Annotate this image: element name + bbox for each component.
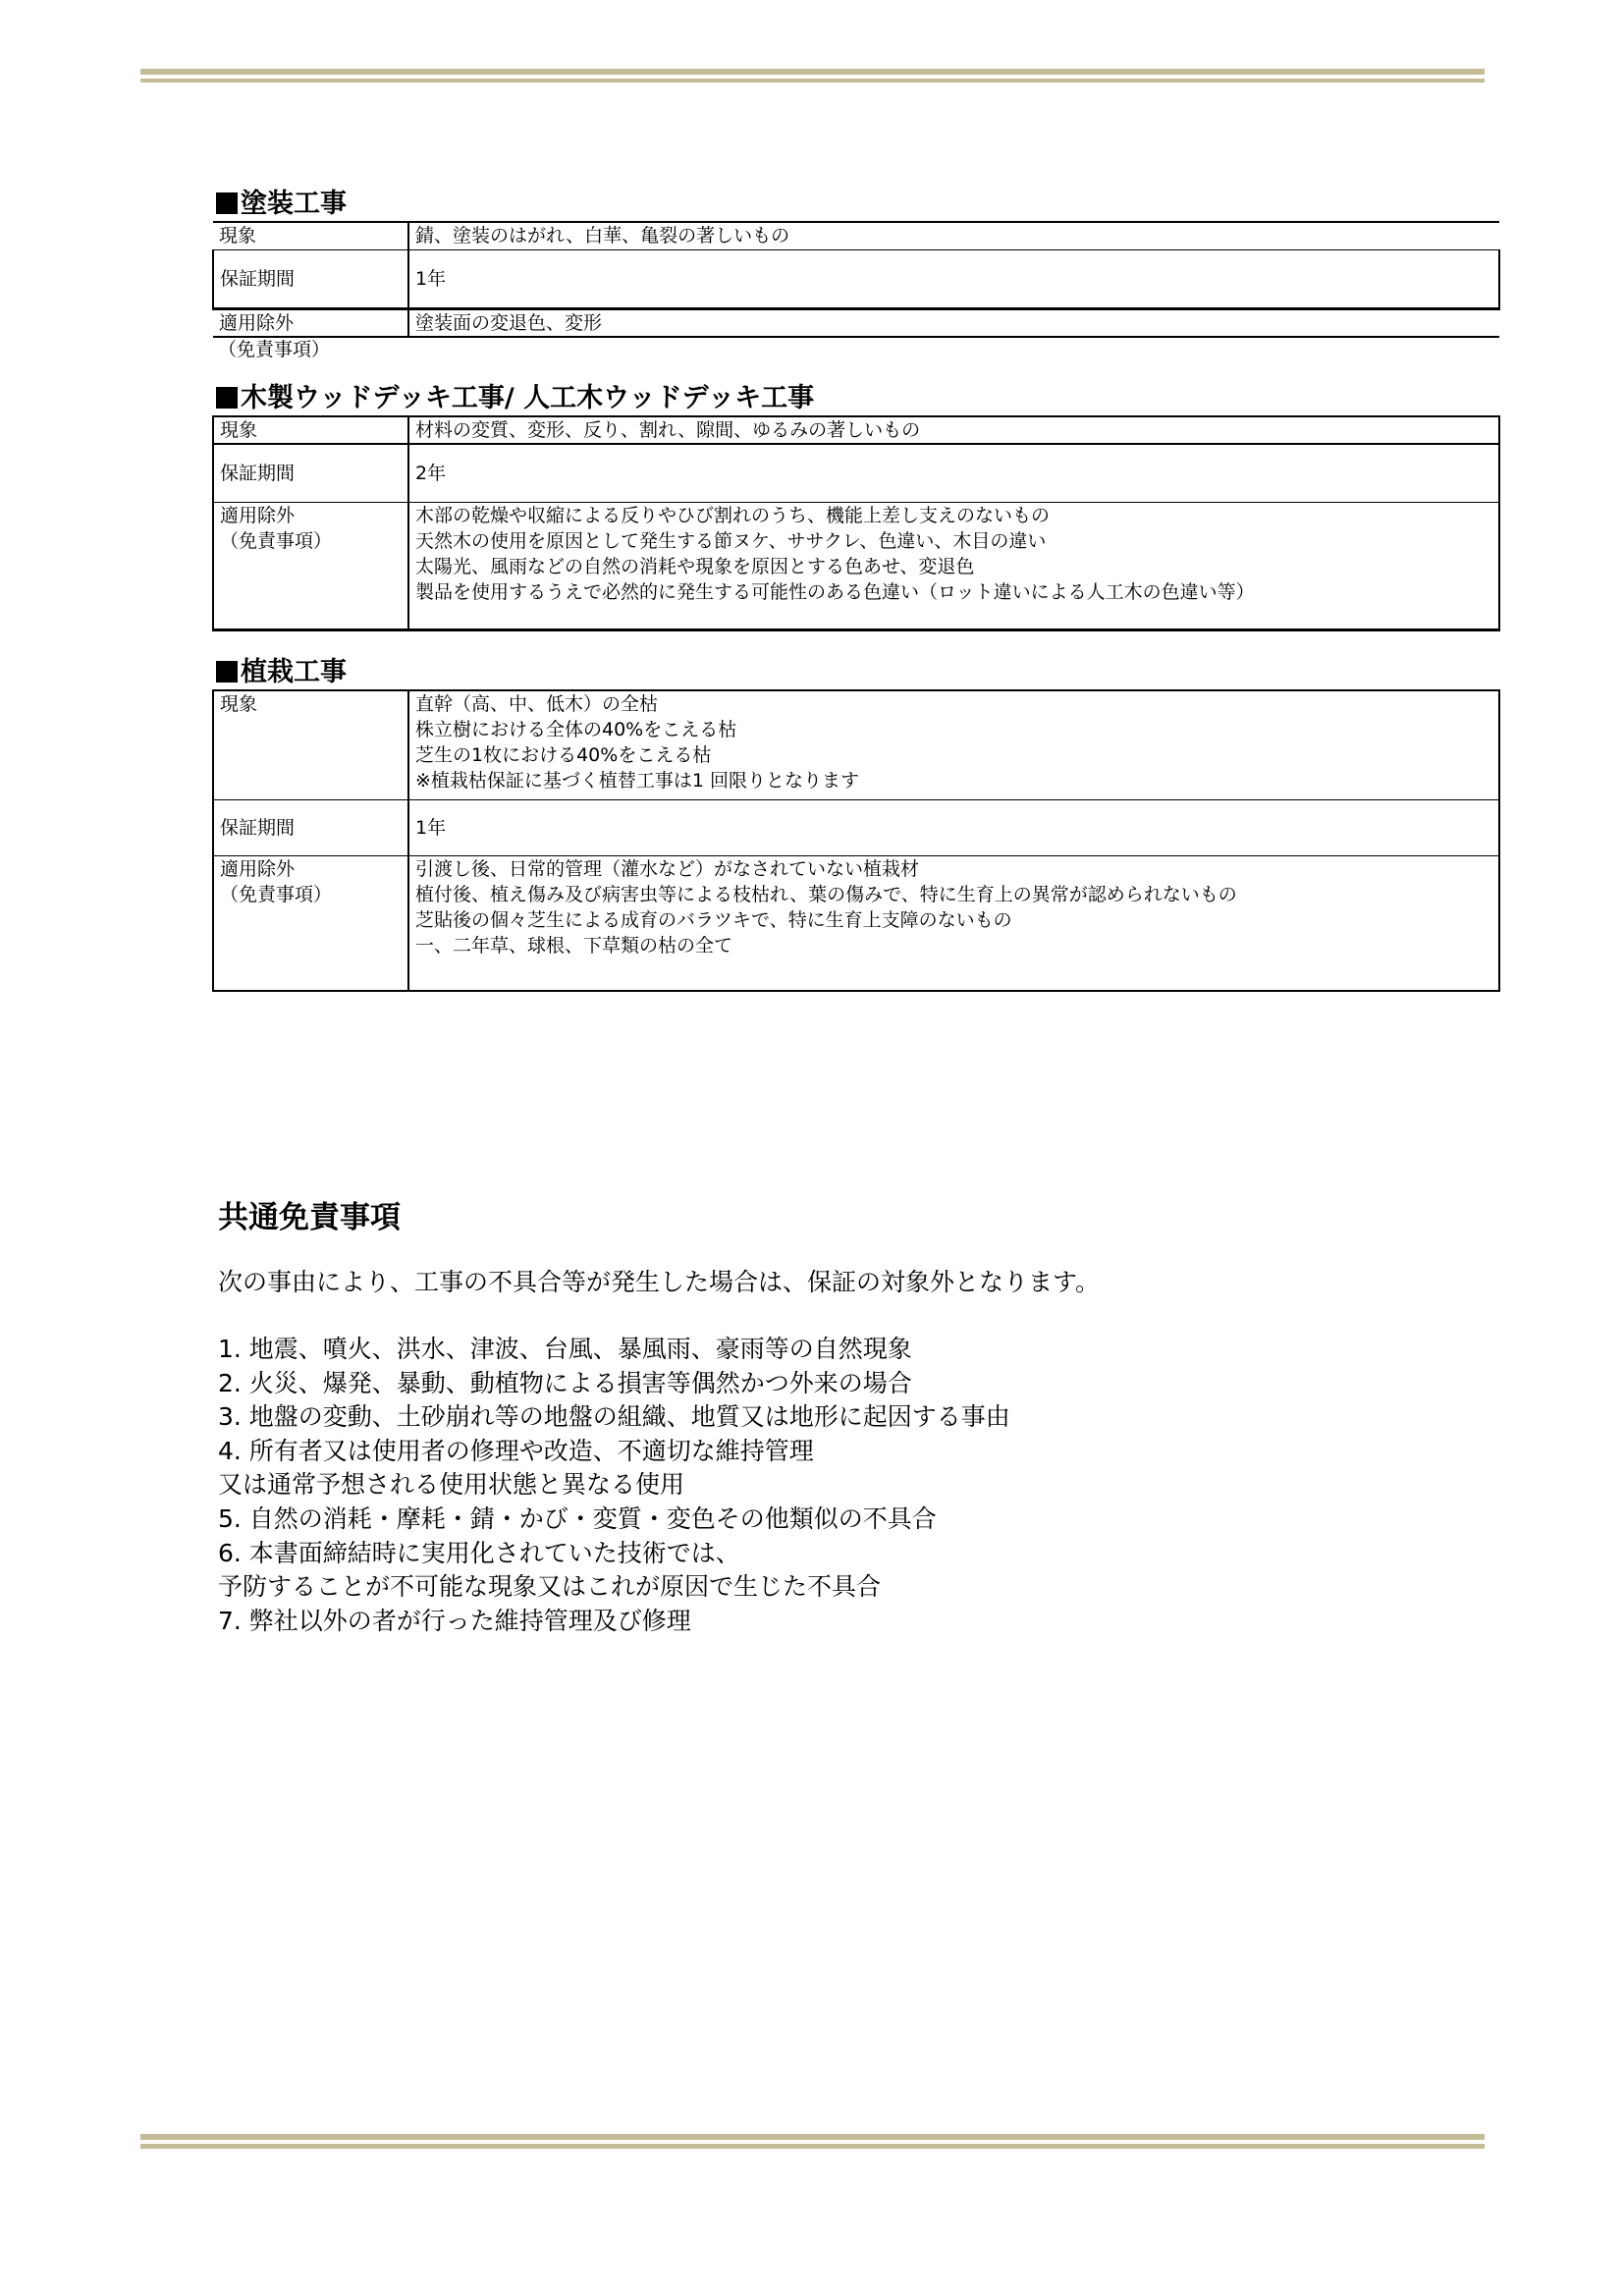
exclusion-line: 芝貼後の個々芝生による成育のバラツキで、特に生育上支障のないもの (415, 907, 1490, 933)
row-value: 引渡し後、日常的管理（灌水など）がなされていない植栽材 植付後、植え傷み及び病害… (408, 856, 1499, 992)
header-rule-lower (140, 79, 1485, 82)
planting-warranty-table: 現象 直幹（高、中、低木）の全枯 株立樹における全体の40%をこえる枯 芝生の1… (212, 689, 1500, 992)
list-item: 予防することが不可能な現象又はこれが原因で生じた不具合 (218, 1570, 1010, 1605)
section-title-planting: 植栽工事 (216, 658, 347, 687)
row-value: 塗装面の変退色、変形 (408, 309, 1499, 338)
table-row-warranty-period: 保証期間 1年 (213, 800, 1499, 856)
footer-rule-lower (140, 2144, 1485, 2149)
table-row-phenomenon: 現象 材料の変質、変形、反り、割れ、隙間、ゆるみの著しいもの (213, 416, 1499, 444)
list-item: 6. 本書面締結時に実用化されていた技術では、 (218, 1537, 1010, 1571)
wood-deck-warranty-table: 現象 材料の変質、変形、反り、割れ、隙間、ゆるみの著しいもの 保証期間 2年 適… (212, 415, 1500, 631)
list-item: 又は通常予想される使用状態と異なる使用 (218, 1468, 1010, 1503)
table-row-exclusions: 適用除外 塗装面の変退色、変形 (213, 309, 1499, 338)
section-title-text: 植栽工事 (241, 657, 347, 687)
exclusion-line: 天然木の使用を原因として発生する節ヌケ、ササクレ、色違い、木目の違い (415, 528, 1490, 554)
table-row-exclusions: 適用除外 （免責事項） 引渡し後、日常的管理（灌水など）がなされていない植栽材 … (213, 856, 1499, 992)
row-value: 錆、塗装のはがれ、白華、亀裂の著しいもの (408, 222, 1499, 250)
exclusion-line: 木部の乾燥や収縮による反りやひび割れのうち、機能上差し支えのないもの (415, 503, 1490, 528)
list-item: 4. 所有者又は使用者の修理や改造、不適切な維持管理 (218, 1435, 1010, 1469)
exclusion-line: 太陽光、風雨などの自然の消耗や現象を原因とする色あせ、変退色 (415, 554, 1490, 579)
exclusion-line: 一、二年草、球根、下草類の枯の全て (415, 933, 1490, 958)
phenomenon-line: 直幹（高、中、低木）の全枯 (415, 691, 1490, 717)
black-square-bullet-icon (216, 661, 238, 683)
row-label-sub: （免責事項） (220, 528, 400, 554)
header-rule-upper (140, 69, 1485, 75)
row-value: 木部の乾燥や収縮による反りやひび割れのうち、機能上差し支えのないもの 天然木の使… (408, 503, 1499, 630)
row-label: 保証期間 (213, 250, 408, 309)
footer-rule-upper (140, 2134, 1485, 2140)
row-label-main: 適用除外 (220, 503, 400, 528)
row-value: 1年 (408, 800, 1499, 856)
row-value: 直幹（高、中、低木）の全枯 株立樹における全体の40%をこえる枯 芝生の1枚にお… (408, 690, 1499, 800)
list-item: 2. 火災、爆発、暴動、動植物による損害等偶然かつ外来の場合 (218, 1367, 1010, 1401)
row-label: 保証期間 (213, 800, 408, 856)
section-title-text: 木製ウッドデッキ工事/ 人工木ウッドデッキ工事 (241, 383, 814, 413)
row-label-main: 適用除外 (220, 856, 400, 882)
table-row-phenomenon: 現象 錆、塗装のはがれ、白華、亀裂の著しいもの (213, 222, 1499, 250)
row-value: 1年 (408, 250, 1499, 309)
list-item: 1. 地震、噴火、洪水、津波、台風、暴風雨、豪雨等の自然現象 (218, 1333, 1010, 1367)
list-item: 3. 地盤の変動、土砂崩れ等の地盤の組織、地質又は地形に起因する事由 (218, 1400, 1010, 1435)
exclusion-line: 製品を使用するうえで必然的に発生する可能性のある色違い（ロット違いによる人工木の… (415, 579, 1490, 605)
phenomenon-line: 芝生の1枚における40%をこえる枯 (415, 742, 1490, 768)
row-label-sub: （免責事項） (218, 337, 330, 362)
section-title-text: 塗装工事 (241, 189, 347, 219)
common-disclaimer-intro: 次の事由により、工事の不具合等が発生した場合は、保証の対象外となります。 (218, 1267, 1100, 1298)
black-square-bullet-icon (216, 192, 238, 214)
row-label: 現象 (213, 222, 408, 250)
row-value: 2年 (408, 444, 1499, 503)
row-label: 適用除外 （免責事項） (213, 503, 408, 630)
list-item: 7. 弊社以外の者が行った維持管理及び修理 (218, 1605, 1010, 1639)
painting-warranty-table: 現象 錆、塗装のはがれ、白華、亀裂の著しいもの 保証期間 1年 適用除外 塗装面… (212, 221, 1500, 338)
list-item: 5. 自然の消耗・摩耗・錆・かび・変質・変色その他類似の不具合 (218, 1503, 1010, 1537)
row-label: 現象 (213, 690, 408, 800)
table-row-warranty-period: 保証期間 1年 (213, 250, 1499, 309)
phenomenon-line: 株立樹における全体の40%をこえる枯 (415, 717, 1490, 742)
exclusion-line: 植付後、植え傷み及び病害虫等による枝枯れ、葉の傷みで、特に生育上の異常が認められ… (415, 882, 1490, 907)
table-row-warranty-period: 保証期間 2年 (213, 444, 1499, 503)
section-title-painting: 塗装工事 (216, 190, 347, 219)
common-disclaimer-list: 1. 地震、噴火、洪水、津波、台風、暴風雨、豪雨等の自然現象 2. 火災、爆発、… (218, 1333, 1010, 1638)
row-label: 適用除外 (213, 309, 408, 338)
row-label: 現象 (213, 416, 408, 444)
row-label: 適用除外 （免責事項） (213, 856, 408, 992)
row-label: 保証期間 (213, 444, 408, 503)
section-title-wood-deck: 木製ウッドデッキ工事/ 人工木ウッドデッキ工事 (216, 384, 814, 413)
common-disclaimer-title: 共通免責事項 (218, 1200, 401, 1235)
phenomenon-line: ※植栽枯保証に基づく植替工事は1 回限りとなります (415, 768, 1490, 793)
black-square-bullet-icon (216, 387, 238, 409)
exclusion-line: 引渡し後、日常的管理（灌水など）がなされていない植栽材 (415, 856, 1490, 882)
row-value: 材料の変質、変形、反り、割れ、隙間、ゆるみの著しいもの (408, 416, 1499, 444)
table-row-exclusions: 適用除外 （免責事項） 木部の乾燥や収縮による反りやひび割れのうち、機能上差し支… (213, 503, 1499, 630)
table-row-phenomenon: 現象 直幹（高、中、低木）の全枯 株立樹における全体の40%をこえる枯 芝生の1… (213, 690, 1499, 800)
row-label-sub: （免責事項） (220, 882, 400, 907)
